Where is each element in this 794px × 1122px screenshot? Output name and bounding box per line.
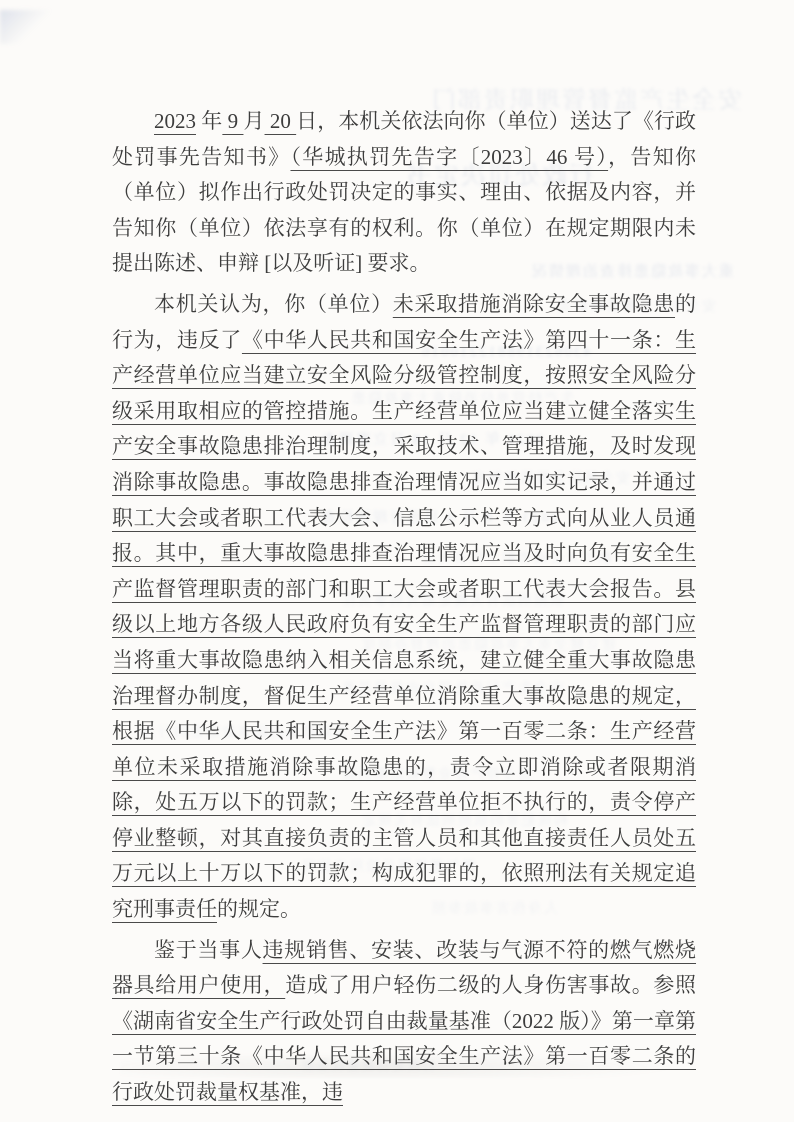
scan-corner-artifact: [0, 10, 52, 44]
underlined-text-run: 未采取措施消除安全事故隐患: [393, 292, 675, 316]
paragraph-service-of-prior-notice: 2023 年 9 月 20 日，本机关依法向你（单位）送达了《行政处罚事先告知书…: [112, 104, 696, 282]
underlined-text-run: （华城执罚先告字〔2023〕46 号）: [290, 145, 608, 169]
document-body: 2023 年 9 月 20 日，本机关依法向你（单位）送达了《行政处罚事先告知书…: [112, 104, 696, 1111]
text-run: 鉴于当事人: [154, 938, 263, 962]
text-run: 造成了用户轻伤二级的人身伤害事故。参照: [285, 973, 696, 997]
document-page: 安全生产监督管理职责部门行政处罚决定书重大事故隐患排查治理情况安全生产监督管理职…: [0, 0, 794, 1122]
text-run: 月: [243, 109, 264, 133]
text-run: 的规定。: [217, 897, 301, 921]
text-run: 年: [196, 109, 222, 133]
underlined-text-run: 9: [222, 109, 243, 133]
underlined-text-run: 《中华人民共和国安全生产法》第四十一条：生产经营单位应当建立安全风险分级管控制度…: [112, 328, 696, 922]
paragraph-findings-and-legal-basis: 本机关认为，你（单位）未采取措施消除安全事故隐患的行为，违反了《中华人民共和国安…: [112, 287, 696, 928]
text-run: 本机关认为，你（单位）: [154, 292, 393, 316]
paragraph-discretion-benchmark: 鉴于当事人违规销售、安装、改装与气源不符的燃气燃烧器具给用户使用，造成了用户轻伤…: [112, 933, 696, 1111]
underlined-text-run: 2023: [154, 109, 196, 133]
underlined-text-run: 20: [265, 109, 297, 133]
underlined-text-run: 《湖南省安全生产行政处罚自由裁量基准（2022 版）》第一章第一节第三十条《中华…: [112, 1009, 696, 1104]
